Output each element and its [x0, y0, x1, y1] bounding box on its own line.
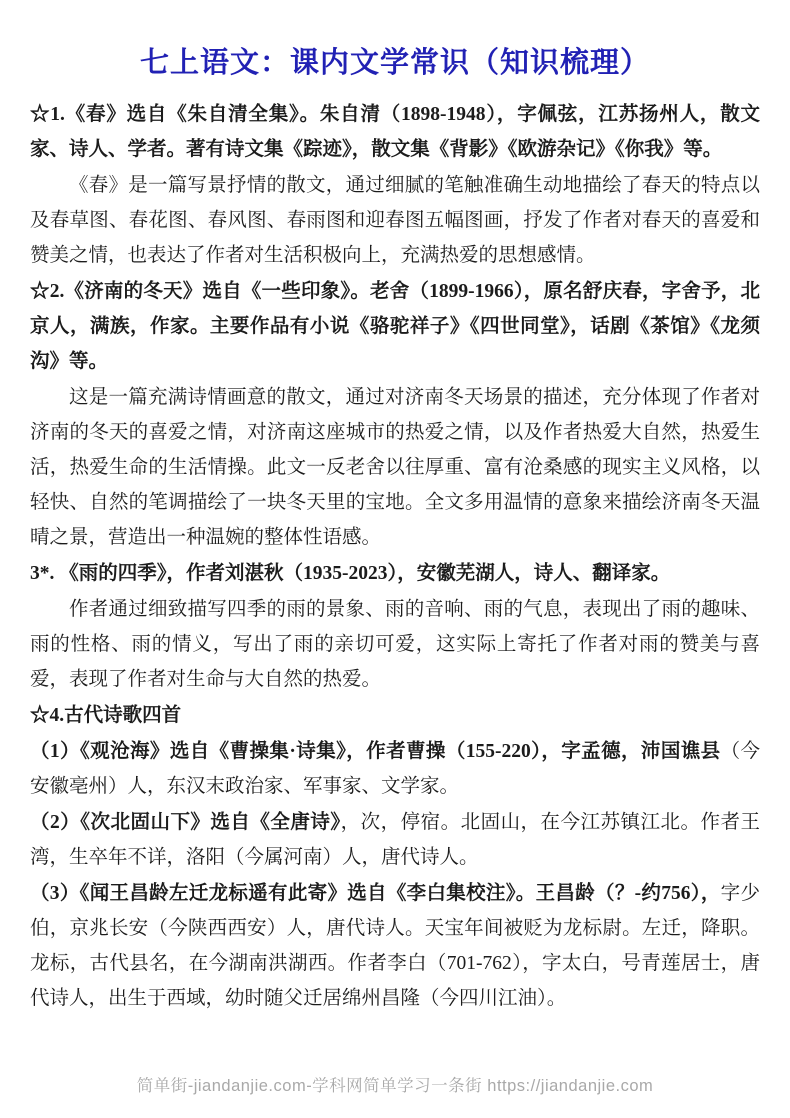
paragraph: 3*. 《雨的四季》，作者刘湛秋（1935-2023），安徽芜湖人，诗人、翻译家… — [30, 556, 760, 591]
paragraph-bold-segment: （2）《次北固山下》选自《全唐诗》 — [30, 812, 341, 833]
footer-watermark: 简单街-jiandanjie.com-学科网简单学习一条街 https://ji… — [0, 1072, 790, 1096]
paragraph: （1）《观沧海》选自《曹操集·诗集》，作者曹操（155-220），字孟德，沛国谯… — [30, 734, 760, 804]
paragraph: （3）《闻王昌龄左迁龙标遥有此寄》选自《李白集校注》。王昌龄（？-约756），字… — [30, 876, 760, 1016]
document-page: 七上语文：课内文学常识（知识梳理） ☆1.《春》选自《朱自清全集》。朱自清（18… — [0, 0, 790, 1118]
paragraph: 《春》是一篇写景抒情的散文，通过细腻的笔触准确生动地描绘了春天的特点以及春草图、… — [30, 168, 760, 273]
paragraph-bold-segment: （1）《观沧海》选自《曹操集·诗集》，作者曹操（155-220），字孟德，沛国谯… — [30, 741, 721, 762]
paragraph: 这是一篇充满诗情画意的散文，通过对济南冬天场景的描述，充分体现了作者对济南的冬天… — [30, 380, 760, 555]
paragraph: （2）《次北固山下》选自《全唐诗》，次，停宿。北固山，在今江苏镇江北。作者王湾，… — [30, 805, 760, 875]
document-body: ☆1.《春》选自《朱自清全集》。朱自清（1898-1948），字佩弦，江苏扬州人… — [30, 97, 760, 1016]
paragraph: ☆1.《春》选自《朱自清全集》。朱自清（1898-1948），字佩弦，江苏扬州人… — [30, 97, 760, 167]
paragraph: ☆2.《济南的冬天》选自《一些印象》。老舍（1899-1966），原名舒庆春，字… — [30, 274, 760, 379]
paragraph: ☆4.古代诗歌四首 — [30, 698, 760, 733]
paragraph-bold-segment: （3）《闻王昌龄左迁龙标遥有此寄》选自《李白集校注》。王昌龄（？-约756）， — [30, 883, 721, 904]
page-title: 七上语文：课内文学常识（知识梳理） — [30, 40, 760, 81]
paragraph: 作者通过细致描写四季的雨的景象、雨的音响、雨的气息，表现出了雨的趣味、雨的性格、… — [30, 592, 760, 697]
